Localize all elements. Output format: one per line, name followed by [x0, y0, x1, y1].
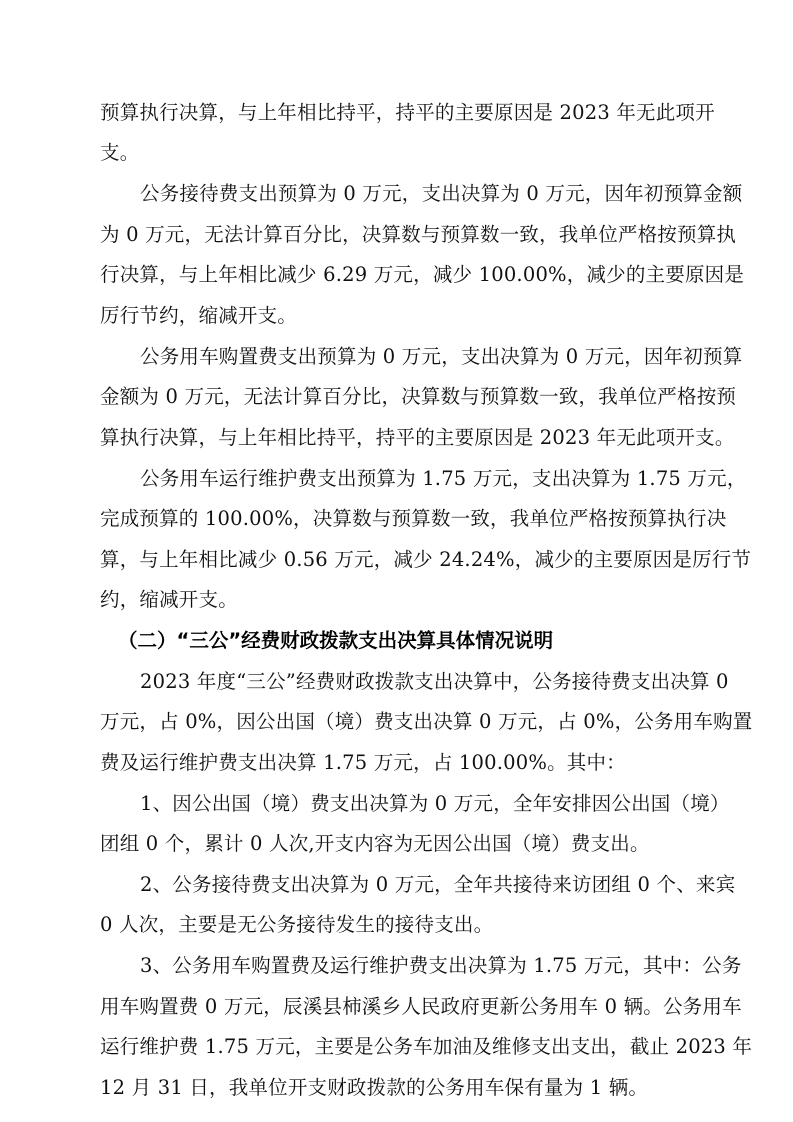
paragraph-line: 完成预算的 100.00%，决算数与预算数一致，我单位严格按预算执行决: [100, 504, 700, 534]
paragraph-line: 0 人次，主要是无公务接待发生的接待支出。: [100, 910, 700, 940]
subheading-three-public-expenses: （二）“三公”经费财政拨款支出决算具体情况说明: [118, 626, 553, 656]
paragraph-line: 金额为 0 万元，无法计算百分比，决算数与预算数一致，我单位严格按预: [100, 382, 700, 412]
paragraph-line: 1、因公出国（境）费支出决算为 0 万元，全年安排因公出国（境）: [140, 789, 700, 819]
paragraph-line: 费及运行维护费支出决算 1.75 万元，占 100.00%。其中：: [100, 748, 700, 778]
paragraph-line: 万元，占 0%，因公出国（境）费支出决算 0 万元，占 0%，公务用车购置: [100, 707, 700, 737]
paragraph-line: 2、公务接待费支出决算为 0 万元，全年共接待来访团组 0 个、来宾: [140, 870, 700, 900]
paragraph-line: 厉行节约，缩减开支。: [100, 301, 700, 331]
paragraph-line: 3、公务用车购置费及运行维护费支出决算为 1.75 万元，其中：公务: [140, 951, 700, 981]
paragraph-line: 算，与上年相比减少 0.56 万元，减少 24.24%，减少的主要原因是厉行节: [100, 545, 700, 575]
paragraph-line: 约，缩减开支。: [100, 585, 700, 615]
paragraph-line: 用车购置费 0 万元，辰溪县柿溪乡人民政府更新公务用车 0 辆。公务用车: [100, 992, 700, 1022]
paragraph-line: 12 月 31 日，我单位开支财政拨款的公务用车保有量为 1 辆。: [100, 1073, 700, 1103]
paragraph-line: 公务用车购置费支出预算为 0 万元，支出决算为 0 万元，因年初预算: [140, 342, 700, 372]
paragraph-line: 团组 0 个，累计 0 人次,开支内容为无因公出国（境）费支出。: [100, 829, 700, 859]
paragraph-line: 公务接待费支出预算为 0 万元，支出决算为 0 万元，因年初预算金额: [140, 179, 700, 209]
document-page: 预算执行决算，与上年相比持平，持平的主要原因是 2023 年无此项开 支。 公务…: [0, 0, 793, 1122]
paragraph-line: 2023 年度“三公”经费财政拨款支出决算中，公务接待费支出决算 0: [140, 667, 700, 697]
paragraph-line: 行决算，与上年相比减少 6.29 万元，减少 100.00%，减少的主要原因是: [100, 260, 700, 290]
paragraph-line: 为 0 万元，无法计算百分比，决算数与预算数一致，我单位严格按预算执: [100, 220, 700, 250]
paragraph-line: 预算执行决算，与上年相比持平，持平的主要原因是 2023 年无此项开: [100, 98, 700, 128]
paragraph-line: 支。: [100, 138, 700, 168]
paragraph-line: 算执行决算，与上年相比持平，持平的主要原因是 2023 年无此项开支。: [100, 423, 700, 453]
paragraph-line: 公务用车运行维护费支出预算为 1.75 万元，支出决算为 1.75 万元，: [140, 464, 700, 494]
paragraph-line: 运行维护费 1.75 万元，主要是公务车加油及维修支出支出，截止 2023 年: [100, 1032, 700, 1062]
